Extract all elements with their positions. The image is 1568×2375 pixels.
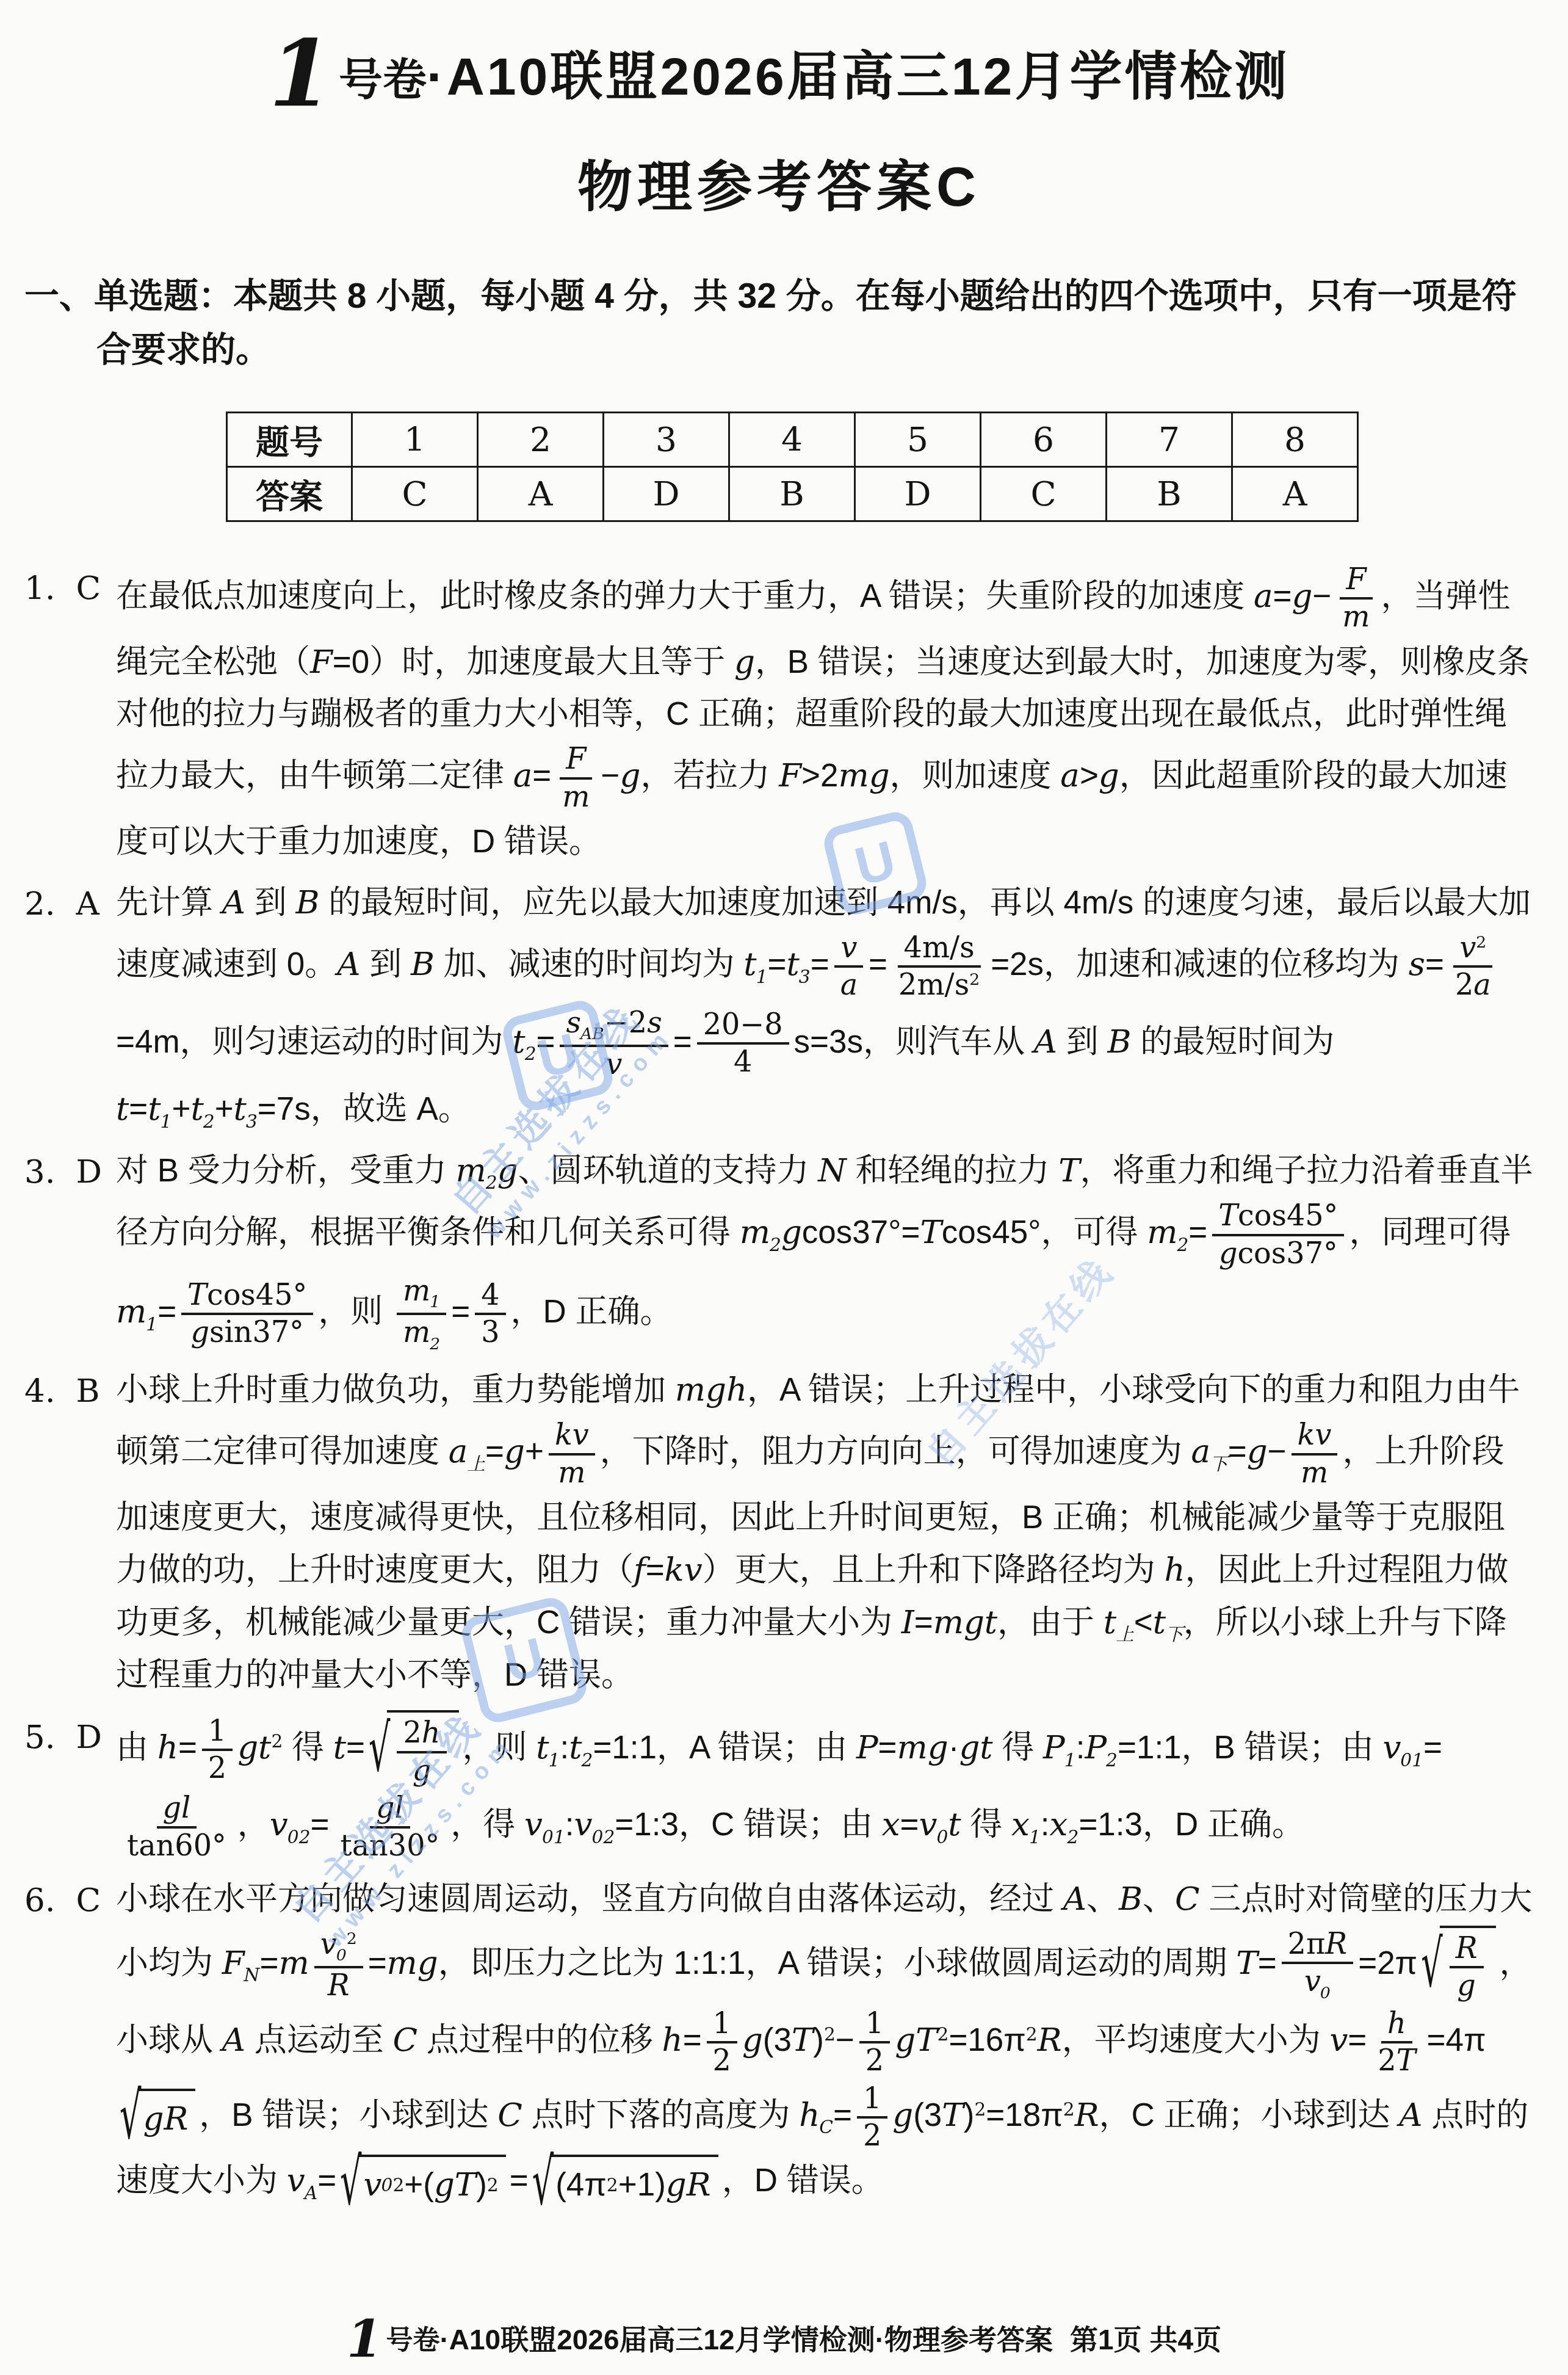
math-fraction: 2πRv0 xyxy=(1282,1928,1354,2003)
radical-sign: √ xyxy=(369,1717,390,1782)
math-variable: t xyxy=(148,1090,161,1128)
question-number-cell: 7 xyxy=(1107,412,1232,466)
math-subscript: 2 xyxy=(430,1335,440,1354)
text-run: 小球在水平方向做匀速圆周运动，竖直方向做自由落体运动，经过 xyxy=(116,1881,1063,1917)
math-variable: m xyxy=(403,1316,430,1349)
text-run: < xyxy=(1134,1604,1153,1641)
math-superscript: 2 xyxy=(347,1929,357,1948)
text-run: = xyxy=(451,1294,470,1330)
text-run: +1) xyxy=(618,2159,666,2211)
solution-number: 2. xyxy=(24,885,56,923)
fraction-denominator: v0 xyxy=(1298,1964,1337,2002)
math-fraction: 12 xyxy=(857,2083,887,2153)
fraction-numerator: 2h xyxy=(397,1717,446,1753)
math-variable: v xyxy=(840,931,857,965)
fraction-denominator: 2m/s2 xyxy=(892,968,986,1001)
math-subscript: 1 xyxy=(430,1293,440,1311)
text-run: = xyxy=(532,758,551,794)
solution-number: 6. xyxy=(24,1882,56,1919)
radicand: (4π2+1)gR xyxy=(551,2155,718,2211)
math-variable: v xyxy=(606,1048,623,1081)
text-run: 得 xyxy=(283,1730,333,1766)
text-run: ，得 xyxy=(450,1807,524,1843)
math-variable: m xyxy=(558,1456,585,1490)
math-variable: h xyxy=(422,1716,441,1750)
text-run: 小球上升时重力做负功，重力势能增加 xyxy=(116,1372,675,1408)
math-fraction: 4m/s2m/s2 xyxy=(892,932,986,1002)
solution-explanation: 先计算 A 到 B 的最短时间，应先以最大加速度加速到 4m/s，再以 4m/s… xyxy=(116,877,1534,1136)
math-subscript: 2 xyxy=(525,1043,537,1064)
text-run: 到 xyxy=(245,885,295,921)
text-run: 点运动至 xyxy=(245,2022,392,2058)
math-fraction: Rg xyxy=(1450,1932,1484,2003)
math-variable: a xyxy=(840,968,858,1002)
text-run: = xyxy=(914,1604,933,1641)
math-variable: t xyxy=(1153,1604,1166,1641)
answer-letter-cell: D xyxy=(604,466,729,521)
math-variable: P xyxy=(856,1729,878,1766)
math-subscript: N xyxy=(244,1964,260,1985)
math-superscript: 2 xyxy=(824,2023,836,2044)
fraction-numerator: R xyxy=(1450,1932,1484,1968)
text-run: 、 xyxy=(1143,1881,1175,1917)
math-variable: t xyxy=(116,1090,129,1128)
fraction-numerator: 1 xyxy=(202,1715,233,1751)
math-variable: a xyxy=(513,758,533,795)
fraction-denominator: 2 xyxy=(859,2043,890,2077)
math-variable: v xyxy=(1459,931,1476,965)
solution-answer-letter: A xyxy=(76,885,99,923)
math-subscript: 01 xyxy=(542,1826,565,1847)
text-run: cos45°，可得 xyxy=(942,1215,1147,1251)
math-subscript: 1 xyxy=(756,966,768,987)
text-run: 2 xyxy=(1455,968,1473,1002)
fraction-denominator: m xyxy=(552,1456,591,1489)
fraction-denominator: 3 xyxy=(475,1315,505,1349)
text-run: 、圆环轨道的支持力 xyxy=(518,1153,818,1189)
text-run: 1 xyxy=(713,2007,731,2040)
fraction-denominator: gsin37° xyxy=(184,1315,310,1349)
fraction-numerator: 1 xyxy=(707,2007,737,2043)
math-subscript: 2 xyxy=(203,1111,215,1132)
radical-sign: √ xyxy=(340,2151,361,2216)
math-superscript: 2 xyxy=(1026,2023,1038,2044)
text-run: =1:3，C 错误；由 xyxy=(615,1807,881,1843)
math-variable: A xyxy=(222,2021,245,2059)
text-run: = xyxy=(673,1023,692,1059)
math-square-root: √v02+(gT)2 xyxy=(340,2155,506,2211)
text-run: (3 xyxy=(913,2097,942,2133)
text-run: ，则加速度 xyxy=(890,758,1061,794)
solution-label: 1.C xyxy=(24,561,116,615)
solution-answer-letter: C xyxy=(76,1882,101,1919)
math-subscript: 1 xyxy=(549,1749,560,1771)
math-variable: g xyxy=(1292,578,1312,615)
math-variable: B xyxy=(295,884,319,921)
text-run: =4m，则匀速运动的时间为 xyxy=(116,1023,512,1059)
math-square-root: √2hg xyxy=(369,1710,459,1789)
text-run: ，D 正确。 xyxy=(511,1294,673,1330)
solution-explanation: 小球上升时重力做负功，重力势能增加 mgh，A 错误；上升过程中，小球受向下的重… xyxy=(116,1364,1534,1702)
text-run: = xyxy=(178,1730,197,1766)
math-variable: C xyxy=(392,2021,417,2059)
math-subscript: AB xyxy=(580,1024,604,1043)
math-subscript: 0 xyxy=(381,2170,393,2200)
text-run: ）更大，且上升和下降路径均为 xyxy=(703,1552,1165,1588)
math-variable: m xyxy=(1147,1214,1177,1252)
math-variable: C xyxy=(1175,1880,1200,1918)
fraction-numerator: F xyxy=(560,743,592,779)
question-number-cell: 3 xyxy=(604,412,729,466)
math-superscript: 2 xyxy=(937,2023,948,2044)
math-variable: m xyxy=(403,1274,430,1308)
math-variable: B xyxy=(1108,1023,1132,1060)
text-run: = xyxy=(833,2097,852,2133)
math-variable: F xyxy=(779,758,801,795)
text-run: ，则 xyxy=(463,1730,537,1766)
text-run: (4π xyxy=(555,2159,607,2211)
math-subscript: 3 xyxy=(799,966,811,987)
text-run: − xyxy=(1268,1434,1287,1470)
solution-item: 5.D由 h=12gt2 得 t=√2hg，则 t1:t2=1:1，A 错误；由… xyxy=(24,1710,1534,1865)
fraction-numerator: gl xyxy=(370,1792,410,1828)
math-variable: g xyxy=(620,758,640,795)
math-superscript: 2 xyxy=(487,2170,499,2200)
text-run: = xyxy=(869,946,887,982)
fraction-numerator: 20−8 xyxy=(697,1009,789,1045)
math-fraction: 12 xyxy=(859,2007,890,2078)
solution-answer-letter: C xyxy=(76,570,101,607)
math-fraction: gltan30° xyxy=(334,1792,446,1862)
math-variable: gR xyxy=(666,2159,711,2211)
math-superscript: 2 xyxy=(392,2170,404,2200)
math-variable: t xyxy=(536,1729,549,1766)
text-run: =1:1，A 错误；由 xyxy=(593,1730,856,1766)
text-run: =18π xyxy=(986,2097,1063,2133)
math-variable: R xyxy=(1325,1927,1347,1961)
text-run: cos45° xyxy=(1238,1199,1338,1233)
fraction-denominator: g xyxy=(1451,1968,1482,2002)
fraction-numerator: sAB−2s xyxy=(560,1007,668,1047)
answer-letter-cell: D xyxy=(855,466,981,521)
math-variable: gT xyxy=(434,2159,476,2211)
math-fraction: 43 xyxy=(475,1279,505,1349)
solution-number: 1. xyxy=(24,570,56,607)
solution-explanation: 由 h=12gt2 得 t=√2hg，则 t1:t2=1:1，A 错误；由 P=… xyxy=(116,1710,1534,1865)
math-variable: t xyxy=(1104,1604,1116,1641)
text-run: = xyxy=(259,1945,278,1981)
text-run: 2 xyxy=(713,2044,731,2078)
math-variable: g xyxy=(1247,1434,1268,1471)
math-variable: m xyxy=(116,1293,146,1330)
fraction-numerator: gl xyxy=(157,1792,197,1828)
math-variable: v xyxy=(364,2159,382,2211)
radical-sign: √ xyxy=(120,2085,141,2150)
text-run: + xyxy=(525,1434,544,1470)
fraction-numerator: v02 xyxy=(314,1928,363,1968)
math-variable: gl xyxy=(376,1791,404,1825)
fraction-numerator: 1 xyxy=(857,2083,887,2119)
text-run: = xyxy=(129,1091,148,1127)
fraction-numerator: 1 xyxy=(859,2007,890,2043)
solution-answer-letter: D xyxy=(76,1153,103,1191)
text-run: =1:1，B 错误；由 xyxy=(1118,1730,1382,1766)
text-run: − xyxy=(601,758,620,794)
text-run: −2 xyxy=(604,1006,647,1040)
text-run: 3 xyxy=(481,1316,499,1349)
fraction-numerator: 2πR xyxy=(1282,1928,1354,1964)
answer-letter-cell: A xyxy=(1232,466,1358,521)
math-variable: T xyxy=(1058,1152,1080,1189)
math-fraction: v22a xyxy=(1449,932,1497,1002)
math-variable: h xyxy=(662,2021,682,2059)
math-subscript: 0 xyxy=(1320,1984,1331,2003)
text-run: 4m/s xyxy=(904,931,975,965)
question-number-cell: 4 xyxy=(729,412,855,466)
text-run: 2m/s xyxy=(898,968,969,1002)
question-number-cell: 1 xyxy=(352,412,478,466)
math-variable: g xyxy=(504,1434,525,1471)
answer-table-row-numbers: 题号 12345678 xyxy=(227,412,1358,466)
text-run: 2 xyxy=(865,2044,884,2078)
math-subscript: 2 xyxy=(486,1172,497,1193)
solution-label: 6.C xyxy=(24,1873,116,1927)
fraction-numerator: 4m/s xyxy=(898,932,981,968)
math-fraction: 20−84 xyxy=(697,1009,789,1079)
math-variable: A xyxy=(1399,2097,1422,2134)
text-run: 2 xyxy=(403,1716,421,1750)
radical-sign: √ xyxy=(532,2151,554,2216)
answer-table-row-answers: 答案 CADBDCBA xyxy=(227,466,1358,521)
text-run: + xyxy=(215,1091,234,1127)
text-run: 1 xyxy=(865,2007,884,2040)
math-variable: A xyxy=(1034,1023,1057,1060)
math-variable: C xyxy=(497,2097,522,2134)
text-run: ) xyxy=(476,2159,487,2211)
answer-letter-cell: C xyxy=(352,466,478,521)
math-superscript: 2 xyxy=(974,2098,986,2119)
text-run: 在最低点加速度向上，此时橡皮条的弹力大于重力，A 错误；失重阶段的加速度 xyxy=(116,578,1254,614)
radicand: Rg xyxy=(1440,1926,1496,2005)
text-run: = xyxy=(1258,1945,1277,1981)
math-variable: t xyxy=(569,1729,582,1766)
math-fraction: va xyxy=(834,932,864,1002)
math-variable: v xyxy=(1304,1965,1321,1998)
text-run: = xyxy=(1188,1215,1207,1251)
math-variable: T xyxy=(792,2021,813,2059)
math-square-root: √(4π2+1)gR xyxy=(532,2155,718,2211)
math-variable: mg xyxy=(387,1945,438,1982)
math-fraction: gltan60° xyxy=(121,1792,233,1862)
fraction-numerator: kv xyxy=(1292,1419,1338,1455)
fraction-denominator: 2 xyxy=(857,2119,887,2152)
text-run: tan30° xyxy=(341,1829,440,1863)
text-run: 20−8 xyxy=(703,1008,783,1042)
text-run: 点时下落的高度为 xyxy=(522,2097,799,2133)
math-fraction: sAB−2sv xyxy=(560,1007,668,1081)
math-subscript: 1 xyxy=(1064,1749,1076,1771)
question-number-cell: 2 xyxy=(478,412,604,466)
solutions-list: 1.C在最低点加速度向上，此时橡皮条的弹力大于重力，A 错误；失重阶段的加速度 … xyxy=(24,561,1534,2212)
text-run: = xyxy=(1423,1730,1442,1766)
math-subscript: A xyxy=(305,2182,317,2203)
math-variable: A xyxy=(222,884,245,921)
text-run: ，即压力之比为 1:1:1，A 错误；小球做圆周运动的周期 xyxy=(438,1945,1236,1981)
radical-sign: √ xyxy=(1421,1933,1442,1998)
math-variable: F xyxy=(566,742,586,776)
text-run: s=3s，则汽车从 xyxy=(794,1023,1034,1059)
math-variable: s xyxy=(647,1006,662,1040)
text-run: + xyxy=(172,1091,190,1127)
text-run: 4 xyxy=(481,1278,499,1312)
math-variable: t xyxy=(787,946,800,983)
math-superscript: 2 xyxy=(969,970,980,989)
fraction-denominator: 2T xyxy=(1371,2043,1422,2077)
fraction-numerator: m1 xyxy=(397,1275,446,1315)
fraction-numerator: v xyxy=(834,932,863,968)
math-variable: g xyxy=(742,2021,763,2059)
fraction-denominator: R xyxy=(322,1968,356,2002)
text-run: ) xyxy=(964,2097,975,2133)
text-run: cos45° xyxy=(207,1278,307,1312)
math-square-root: √Rg xyxy=(1421,1926,1495,2005)
text-run: = xyxy=(1273,578,1292,614)
math-variable: P xyxy=(1085,1729,1107,1766)
question-number-cell: 6 xyxy=(981,412,1107,466)
math-variable: a xyxy=(1473,968,1490,1002)
text-run: cos37°= xyxy=(802,1215,920,1251)
math-variable: s xyxy=(566,1006,580,1040)
math-variable: t xyxy=(333,1729,346,1766)
page-title: 1号卷·A10联盟2026届高三12月学情检测 xyxy=(24,34,1534,111)
math-fraction: 12 xyxy=(707,2007,737,2078)
text-run: tan60° xyxy=(127,1829,226,1863)
math-fraction: m1m2 xyxy=(397,1275,446,1353)
solution-explanation: 在最低点加速度向上，此时橡皮条的弹力大于重力，A 错误；失重阶段的加速度 a=g… xyxy=(116,561,1534,868)
text-run: = xyxy=(485,1434,504,1470)
radicand: gR xyxy=(138,2089,195,2145)
math-variable: a xyxy=(1254,578,1273,615)
solution-number: 5. xyxy=(24,1719,56,1756)
math-variable: v xyxy=(919,1807,937,1844)
footer-text: ·A10联盟2026届高三12月学情检测·物理参考答案 xyxy=(439,2324,1053,2355)
math-variable: g xyxy=(1219,1237,1238,1271)
fraction-numerator: kv xyxy=(549,1419,595,1455)
text-run: : xyxy=(565,1807,574,1843)
math-fraction: kvm xyxy=(549,1419,595,1489)
text-run: ，平均速度大小为 xyxy=(1062,2022,1330,2058)
math-variable: T xyxy=(1396,2044,1416,2078)
text-run: : xyxy=(1076,1730,1085,1766)
math-variable: v xyxy=(1382,1729,1401,1766)
math-variable: g xyxy=(1457,1969,1476,2003)
answer-table: 题号 12345678 答案 CADBDCBA xyxy=(226,412,1359,522)
math-subscript: 01 xyxy=(1400,1749,1423,1771)
math-subscript: 2 xyxy=(1067,1826,1078,1847)
math-fraction: 2hg xyxy=(397,1717,446,1787)
math-variable: g xyxy=(734,644,755,681)
math-subscript: 02 xyxy=(287,1826,311,1847)
page-subtitle: 物理参考答案C xyxy=(24,142,1534,222)
footer-page-info: 第1页 共4页 xyxy=(1070,2324,1221,2355)
text-run: > xyxy=(1080,758,1099,794)
math-variable: N xyxy=(818,1152,846,1189)
text-run: = xyxy=(311,1807,330,1843)
math-variable: R xyxy=(1038,2021,1062,2059)
math-variable: v xyxy=(287,2163,305,2200)
math-variable: F xyxy=(1346,563,1366,596)
fraction-numerator: v2 xyxy=(1453,932,1492,968)
fraction-denominator: m xyxy=(1336,600,1376,633)
solution-label: 5.D xyxy=(24,1710,116,1764)
text-run: cos37° xyxy=(1237,1237,1337,1271)
math-variable: v xyxy=(1329,2021,1348,2059)
text-run: =16π xyxy=(948,2022,1025,2058)
fraction-numerator: Tcos45° xyxy=(181,1279,313,1315)
question-number-cell: 5 xyxy=(855,412,981,466)
math-variable: v xyxy=(320,1927,337,1961)
text-run: >2 xyxy=(801,758,838,794)
text-run: =2π xyxy=(1358,1945,1417,1981)
math-variable: T xyxy=(942,2097,963,2134)
math-subscript: 1 xyxy=(1029,1826,1041,1847)
text-run: 得 xyxy=(993,1730,1043,1766)
text-run: 由 xyxy=(116,1730,157,1766)
text-run: = xyxy=(317,2163,336,2199)
solution-explanation: 对 B 受力分析，受重力 m2g、圆环轨道的支持力 N 和轻绳的拉力 T，将重力… xyxy=(116,1145,1534,1356)
math-square-root: √gR xyxy=(120,2089,195,2145)
math-subscript: 上 xyxy=(467,1453,485,1474)
math-variable: m xyxy=(740,1214,770,1252)
math-variable: v xyxy=(574,1807,593,1844)
text-run: = xyxy=(878,1730,897,1766)
text-run: ，同理可得 xyxy=(1349,1215,1511,1251)
fraction-denominator: 4 xyxy=(728,1045,758,1078)
answer-table-label-numbers: 题号 xyxy=(227,412,352,466)
brand-logo-name: 号卷 xyxy=(339,56,427,104)
math-variable: gT xyxy=(895,2021,937,2059)
solution-item: 1.C在最低点加速度向上，此时橡皮条的弹力大于重力，A 错误；失重阶段的加速度 … xyxy=(24,561,1534,868)
math-variable: f xyxy=(634,1551,646,1589)
text-run: 2 xyxy=(863,2119,881,2153)
math-variable: gt xyxy=(959,1729,992,1766)
solution-number: 3. xyxy=(24,1153,56,1191)
answer-letter-cell: A xyxy=(478,466,604,521)
math-fraction: h2T xyxy=(1371,2007,1422,2078)
math-subscript: 2 xyxy=(1177,1234,1188,1255)
fraction-denominator: 2a xyxy=(1449,968,1497,1001)
exam-title-text: ·A10联盟2026届高三12月学情检测 xyxy=(427,48,1289,106)
solution-answer-letter: D xyxy=(76,1719,103,1756)
text-run: · xyxy=(948,1730,959,1766)
fraction-denominator: m2 xyxy=(397,1315,446,1353)
math-superscript: 2 xyxy=(271,1730,283,1752)
math-variable: x xyxy=(1011,1807,1030,1844)
math-subscript: 上 xyxy=(1116,1623,1134,1645)
math-variable: m xyxy=(562,780,590,814)
math-variable: T xyxy=(920,1214,941,1252)
text-run: ， xyxy=(237,1807,270,1843)
text-run: : xyxy=(560,1730,569,1766)
math-variable: x xyxy=(1050,1807,1068,1844)
text-run: = xyxy=(900,1807,919,1843)
text-run: (3 xyxy=(763,2022,792,2058)
text-run: =0）时，加速度最大且等于 xyxy=(333,644,734,680)
text-run: 点过程中的位移 xyxy=(417,2022,662,2058)
text-run: ) xyxy=(813,2022,824,2058)
text-run: ，B 错误；小球到达 xyxy=(199,2097,497,2133)
math-superscript: 2 xyxy=(1476,933,1486,952)
